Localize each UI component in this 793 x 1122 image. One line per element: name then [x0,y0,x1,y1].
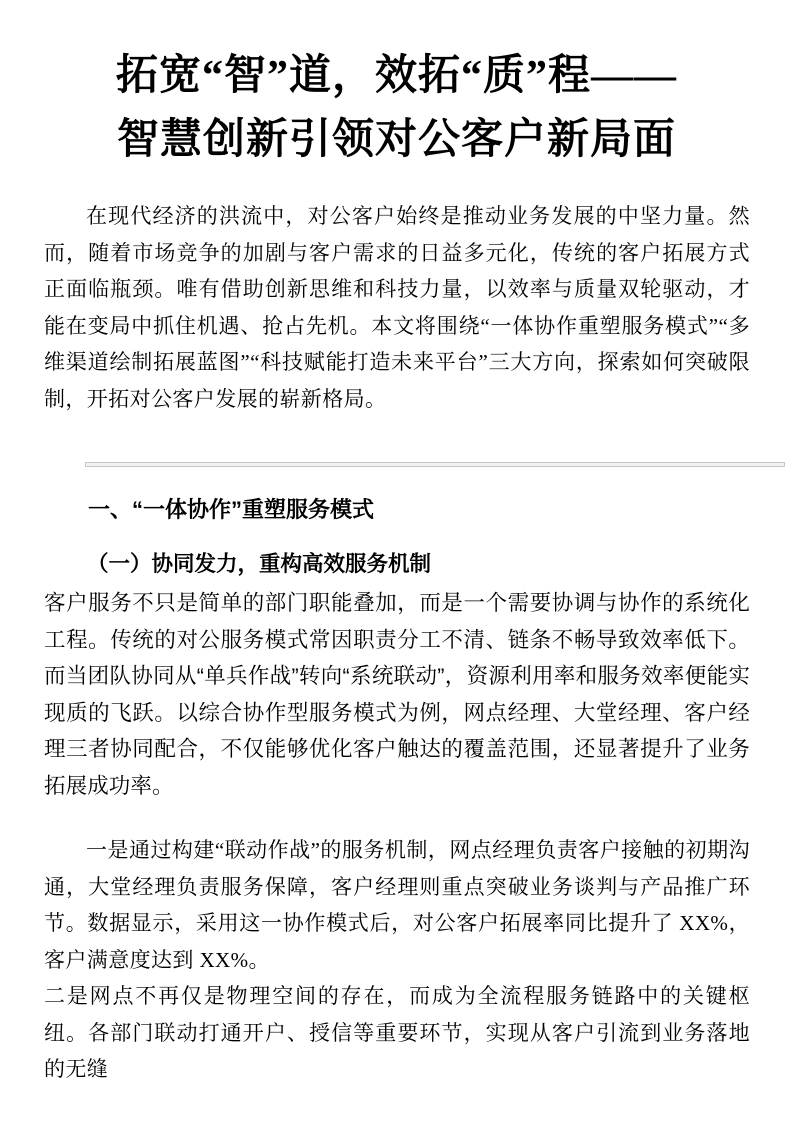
section-1-heading: 一、“一体协作”重塑服务模式 [44,494,749,526]
document-title: 拓宽“智”道，效拓“质”程—— 智慧创新引领对公客户新局面 [28,44,765,172]
intro-paragraph: 在现代经济的洪流中，对公客户始终是推动业务发展的中坚力量。然而，随着市场竞争的加… [44,198,750,417]
horizontal-divider [85,462,785,467]
service-mechanism-paragraph: 客户服务不只是简单的部门职能叠加，而是一个需要协调与协作的系统化工程。传统的对公… [44,585,750,804]
point-one-paragraph: 一是通过构建“联动作战”的服务机制，网点经理负责客户接触的初期沟通，大堂经理负责… [44,832,750,978]
point-two-paragraph: 二是网点不再仅是物理空间的存在，而成为全流程服务链路中的关键枢纽。各部门联动打通… [44,978,750,1088]
document-title-line-1: 拓宽“智”道，效拓“质”程—— [28,44,765,108]
document-title-line-2: 智慧创新引领对公客户新局面 [28,108,765,172]
section-1-1-subheading: （一）协同发力，重构高效服务机制 [44,548,749,580]
document-page: 拓宽“智”道，效拓“质”程—— 智慧创新引领对公客户新局面 在现代经济的洪流中，… [0,0,793,1122]
